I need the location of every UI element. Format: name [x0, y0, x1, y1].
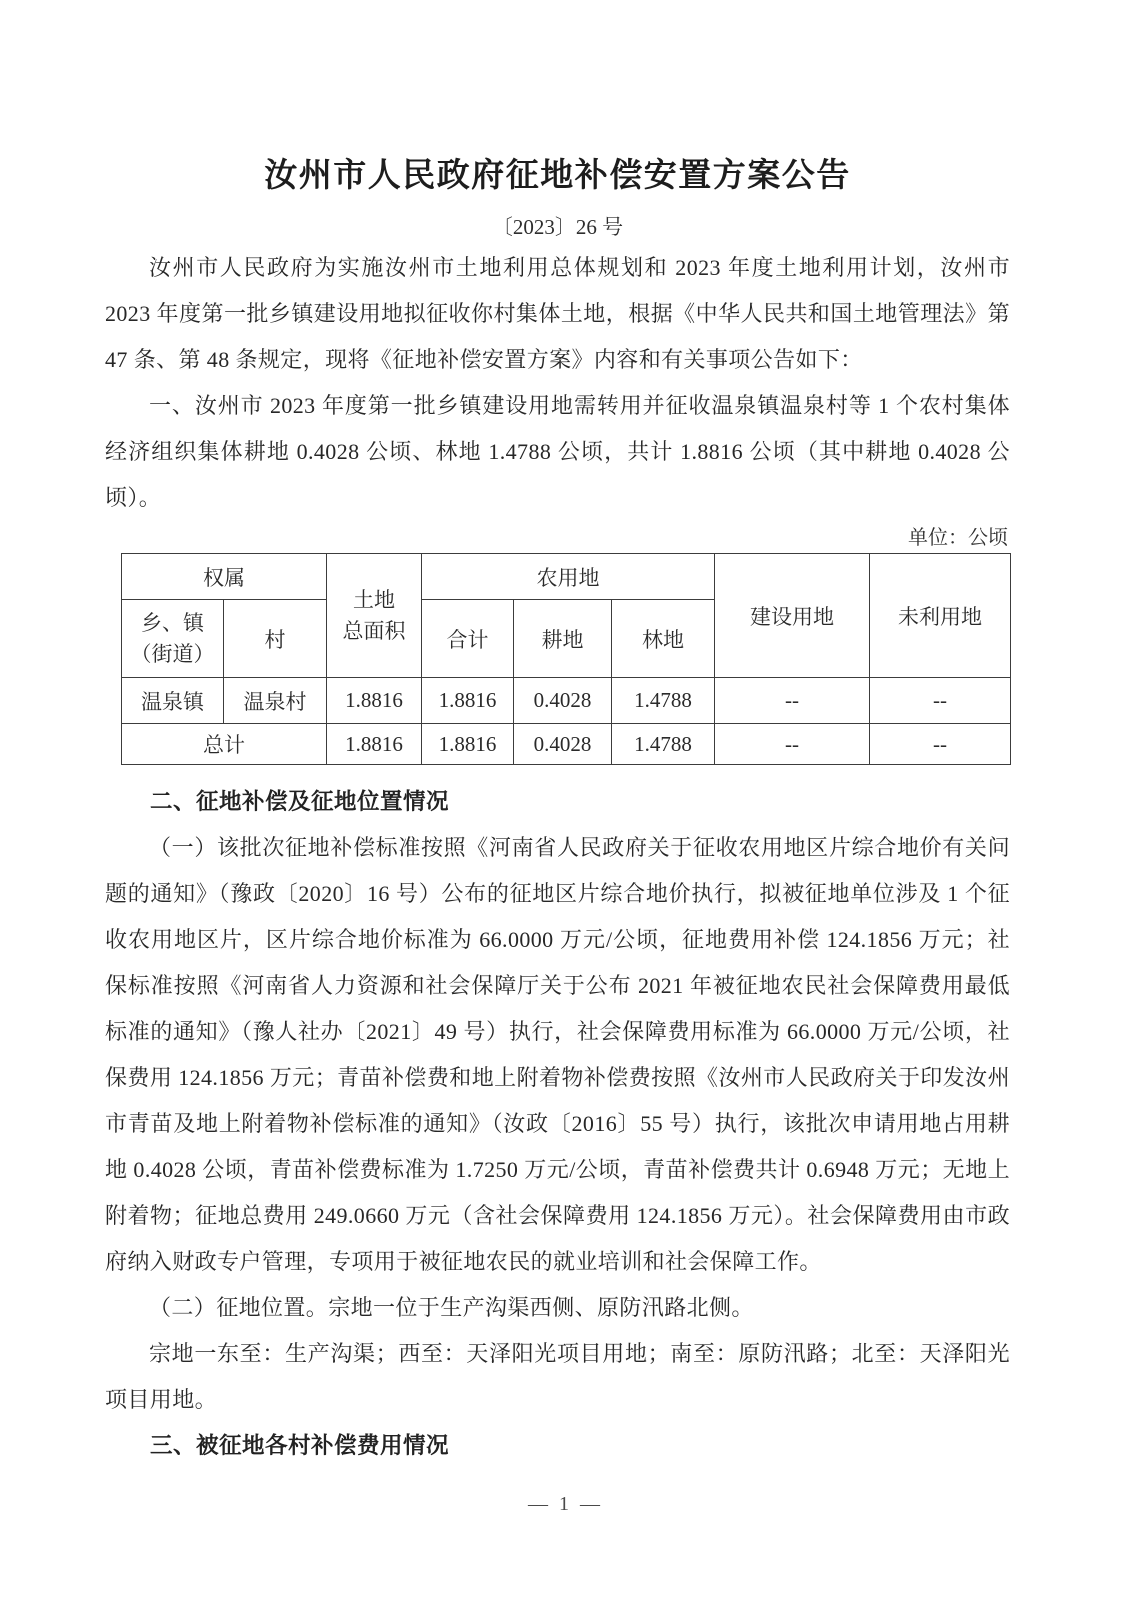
total-construction: -- — [715, 724, 870, 765]
document-page: 汝州市人民政府征地补偿安置方案公告 〔2023〕26 号 汝州市人民政府为实施汝… — [105, 0, 1010, 1469]
header-total-area: 土地 总面积 — [327, 554, 422, 678]
header-construction-land: 建设用地 — [715, 554, 870, 678]
header-cultivated-land: 耕地 — [514, 600, 612, 678]
header-township: 乡、镇 （街道） — [122, 600, 224, 678]
header-ownership: 权属 — [122, 554, 327, 600]
section3-heading: 三、被征地各村补偿费用情况 — [105, 1423, 1010, 1469]
document-number: 〔2023〕26 号 — [105, 209, 1010, 245]
cell-cultivated: 0.4028 — [514, 678, 612, 724]
section2-paragraph-1: （一）该批次征地补偿标准按照《河南省人民政府关于征收农用地区片综合地价有关问题的… — [105, 825, 1010, 1285]
table-row: 温泉镇 温泉村 1.8816 1.8816 0.4028 1.4788 -- -… — [122, 678, 1011, 724]
cell-township: 温泉镇 — [122, 678, 224, 724]
header-subtotal: 合计 — [422, 600, 514, 678]
total-label: 总计 — [122, 724, 327, 765]
intro-paragraph: 汝州市人民政府为实施汝州市土地利用总体规划和 2023 年度土地利用计划，汝州市… — [105, 245, 1010, 383]
total-agri-total: 1.8816 — [422, 724, 514, 765]
cell-construction: -- — [715, 678, 870, 724]
header-agricultural-land: 农用地 — [422, 554, 715, 600]
total-total-area: 1.8816 — [327, 724, 422, 765]
cell-agri-total: 1.8816 — [422, 678, 514, 724]
cell-forest: 1.4788 — [612, 678, 715, 724]
section2-paragraph-2: （二）征地位置。宗地一位于生产沟渠西侧、原防汛路北侧。 — [105, 1285, 1010, 1331]
header-forest-land: 林地 — [612, 600, 715, 678]
section2-heading: 二、征地补偿及征地位置情况 — [105, 779, 1010, 825]
cell-total-area: 1.8816 — [327, 678, 422, 724]
cell-village: 温泉村 — [224, 678, 327, 724]
section1-paragraph: 一、汝州市 2023 年度第一批乡镇建设用地需转用并征收温泉镇温泉村等 1 个农… — [105, 383, 1010, 521]
table-header-row-1: 权属 土地 总面积 农用地 建设用地 未利用地 — [122, 554, 1011, 600]
header-village: 村 — [224, 600, 327, 678]
cell-unused: -- — [870, 678, 1011, 724]
table-total-row: 总计 1.8816 1.8816 0.4028 1.4788 -- -- — [122, 724, 1011, 765]
total-forest: 1.4788 — [612, 724, 715, 765]
document-title: 汝州市人民政府征地补偿安置方案公告 — [105, 155, 1010, 197]
page-number: — 1 — — [0, 1493, 1131, 1516]
table-unit-label: 单位：公顷 — [105, 523, 1010, 553]
header-unused-land: 未利用地 — [870, 554, 1011, 678]
total-unused: -- — [870, 724, 1011, 765]
land-area-table: 权属 土地 总面积 农用地 建设用地 未利用地 乡、镇 （街道） 村 合计 耕地… — [121, 553, 1011, 765]
total-cultivated: 0.4028 — [514, 724, 612, 765]
section2-paragraph-3: 宗地一东至：生产沟渠；西至：天泽阳光项目用地；南至：原防汛路；北至：天泽阳光项目… — [105, 1331, 1010, 1423]
